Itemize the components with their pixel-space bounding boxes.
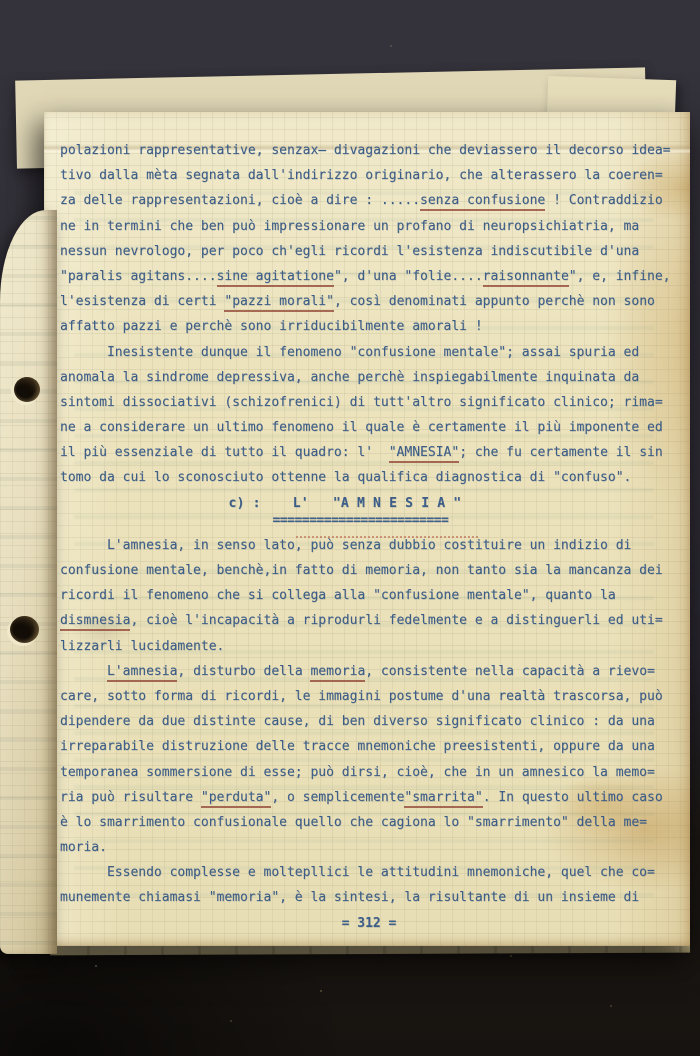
text-segment: confusione mentale, benchè,in fatto di m… xyxy=(60,563,663,578)
text-segment: è lo smarrimento confusionale quello che… xyxy=(60,815,647,830)
text-line: ne in termini che ben può impressionare … xyxy=(60,214,678,239)
text-line: ria può risultare "perduta", o semplicem… xyxy=(60,785,678,810)
text-segment: polazioni rappresentative, senzax̶ divag… xyxy=(60,143,670,158)
text-segment: tomo da cui lo sconosciuto ottenne la qu… xyxy=(60,470,631,485)
text-line: Inesistente dunque il fenomeno "confusio… xyxy=(60,340,678,365)
underlined-term: sine agitatione xyxy=(217,269,334,287)
text-segment: temporanea sommersione di esse; può dirs… xyxy=(60,765,655,780)
text-segment: , o semplicemente xyxy=(271,790,404,805)
text-line: è lo smarrimento confusionale quello che… xyxy=(60,810,678,835)
text-segment: ne in termini che ben può impressionare … xyxy=(60,219,639,234)
scanned-page-photo: polazioni rappresentative, senzax̶ divag… xyxy=(0,0,700,1056)
underlined-term: senza confusione xyxy=(420,193,545,211)
text-segment: nessun nevrologo, per poco ch'egli ricor… xyxy=(60,244,639,259)
text-segment: Inesistente dunque il fenomeno "confusio… xyxy=(60,345,639,360)
text-segment: sintomi dissociativi (schizofrenici) di … xyxy=(60,395,663,410)
text-line: dipendere da due distinte cause, di ben … xyxy=(60,709,678,734)
text-segment: il più essenziale di tutto il quadro: l' xyxy=(60,445,389,460)
text-line: confusione mentale, benchè,in fatto di m… xyxy=(60,558,678,583)
text-segment: , cioè l'incapacità a riprodurli fedelme… xyxy=(130,613,662,628)
heading-underline: ======================== xyxy=(60,516,678,533)
curled-page-edge xyxy=(0,210,57,954)
text-line: lizzarli lucidamente. xyxy=(60,634,678,659)
text-segment: . In questo ultimo caso xyxy=(483,790,663,805)
underlined-term: dismnesia xyxy=(60,613,130,631)
text-segment: za delle rappresentazioni, cioè a dire :… xyxy=(60,193,420,208)
text-line: munemente chiamasi "memoria", è la sinte… xyxy=(60,885,678,910)
text-segment xyxy=(60,664,107,679)
underlined-term: raisonnante xyxy=(483,269,569,287)
text-segment: irreparabile distruzione delle tracce mn… xyxy=(60,739,655,754)
text-line: ricordi il fenomeno che si collega alla … xyxy=(60,583,678,608)
underlined-term: "pazzi morali" xyxy=(224,294,334,312)
text-line: "paralis agitans....sine agitatione", d'… xyxy=(60,264,678,289)
text-segment: , così denominati appunto perchè non son… xyxy=(334,294,655,309)
text-line: Essendo complesse e moltepllici le attit… xyxy=(60,860,678,885)
underlined-term: L'amnesia xyxy=(107,664,177,682)
typewritten-page: polazioni rappresentative, senzax̶ divag… xyxy=(44,112,690,946)
text-line: ne a considerare un ultimo fenomeno il q… xyxy=(60,415,678,440)
text-segment: ", e, infine, xyxy=(569,269,671,284)
text-line: temporanea sommersione di esse; può dirs… xyxy=(60,760,678,785)
underlined-term: "perduta" xyxy=(201,790,271,808)
text-segment: ricordi il fenomeno che si collega alla … xyxy=(60,588,616,603)
text-segment: ria può risultare xyxy=(60,790,201,805)
text-segment: dipendere da due distinte cause, di ben … xyxy=(60,714,655,729)
text-line: moria. xyxy=(60,835,678,860)
red-dotted-line xyxy=(296,536,478,538)
text-line: irreparabile distruzione delle tracce mn… xyxy=(60,734,678,759)
text-segment: lizzarli lucidamente. xyxy=(60,639,224,654)
underlined-term: memoria xyxy=(310,664,365,682)
text-line: tivo dalla mèta segnata dall'indirizzo o… xyxy=(60,163,678,188)
text-segment: , disturbo della xyxy=(177,664,310,679)
text-segment: anomala la sindrome depressiva, anche pe… xyxy=(60,370,639,385)
text-line: nessun nevrologo, per poco ch'egli ricor… xyxy=(60,239,678,264)
binder-hole-top xyxy=(14,377,40,402)
text-segment: c) : L' "A M N E S I A " xyxy=(60,496,461,511)
text-line: sintomi dissociativi (schizofrenici) di … xyxy=(60,390,678,415)
text-line: dismnesia, cioè l'incapacità a riprodurl… xyxy=(60,608,678,633)
text-line: il più essenziale di tutto il quadro: l'… xyxy=(60,440,678,465)
binder-hole-bottom xyxy=(10,616,39,643)
text-line: anomala la sindrome depressiva, anche pe… xyxy=(60,365,678,390)
text-segment: Essendo complesse e moltepllici le attit… xyxy=(60,865,655,880)
underlined-term: "AMNESIA" xyxy=(389,445,459,463)
underlined-term: "smarrita" xyxy=(404,790,482,808)
text-line: L'amnesia, disturbo della memoria, consi… xyxy=(60,659,678,684)
text-segment: ======================== xyxy=(60,513,448,528)
text-line: affatto pazzi e perchè sono irriducibilm… xyxy=(60,314,678,339)
text-segment: munemente chiamasi "memoria", è la sinte… xyxy=(60,890,639,905)
text-segment: ne a considerare un ultimo fenomeno il q… xyxy=(60,420,663,435)
text-line: tomo da cui lo sconosciuto ottenne la qu… xyxy=(60,465,678,490)
text-segment: , consistente nella capacità a rievo= xyxy=(365,664,655,679)
text-segment: care, sotto forma di ricordi, le immagin… xyxy=(60,689,663,704)
text-segment: affatto pazzi e perchè sono irriducibilm… xyxy=(60,319,483,334)
text-segment: moria. xyxy=(60,840,107,855)
text-segment: tivo dalla mèta segnata dall'indirizzo o… xyxy=(60,168,663,183)
text-line: l'esistenza di certi "pazzi morali", cos… xyxy=(60,289,678,314)
text-line: care, sotto forma di ricordi, le immagin… xyxy=(60,684,678,709)
page-number: = 312 = xyxy=(60,911,678,937)
text-segment: ; che fu certamente il sin xyxy=(459,445,663,460)
text-segment: ", d'una "folie.... xyxy=(334,269,483,284)
text-line: polazioni rappresentative, senzax̶ divag… xyxy=(60,138,678,163)
text-segment: l'esistenza di certi xyxy=(60,294,224,309)
text-line: za delle rappresentazioni, cioè a dire :… xyxy=(60,188,678,213)
text-segment: L'amnesia, in senso lato, può senza dubb… xyxy=(60,538,631,553)
text-segment: ! Contraddizio xyxy=(545,193,662,208)
text-segment: "paralis agitans.... xyxy=(60,269,217,284)
